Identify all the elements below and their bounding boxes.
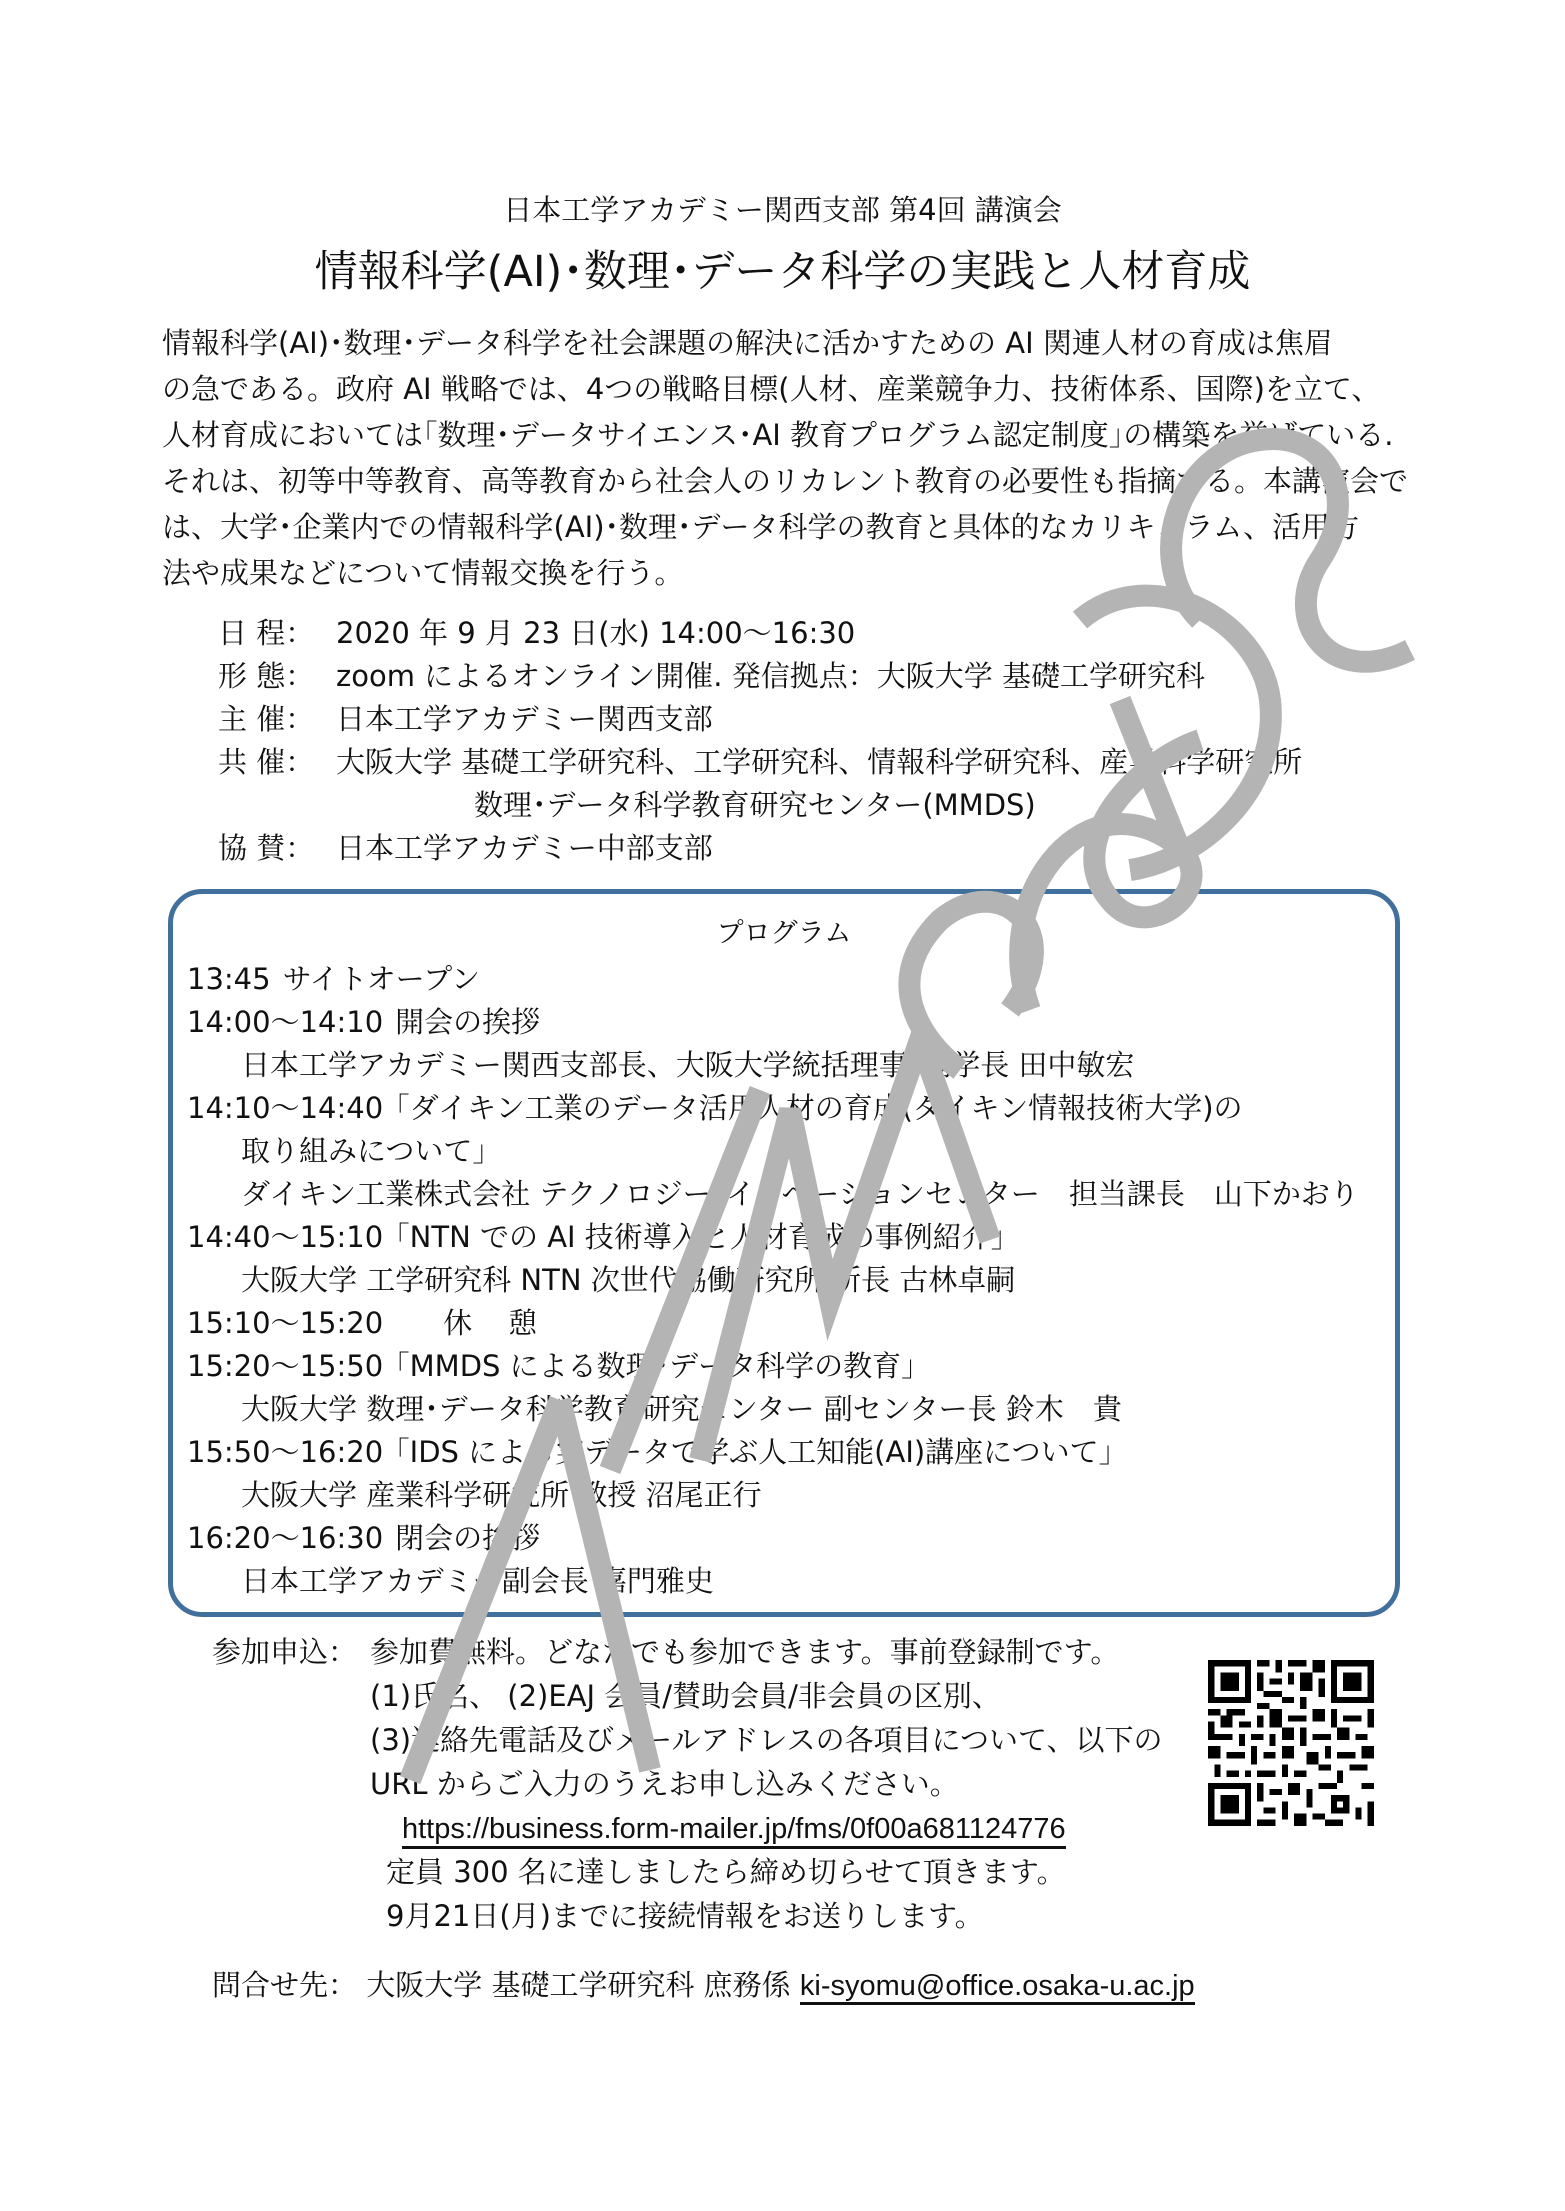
program-time: 15:10～15:20 [187,1306,383,1340]
intro-line: それは、初等中等教育、高等教育から社会人のリカレント教育の必要性も指摘する。本講… [162,458,1402,504]
detail-organizer: 主 催：日本工学アカデミー関西支部 [218,698,1302,741]
intro-line: は、大学･企業内での情報科学(AI)･数理･データ科学の教育と具体的なカリキュラ… [162,504,1402,550]
detail-label: 協 賛： [218,827,336,870]
program-text: ｢IDS による実データで学ぶ人工知能(AI)講座について｣ [395,1435,1113,1469]
registration-line: (3)連絡先電話及びメールアドレスの各項目について、以下の [212,1718,1162,1762]
program-text: サイトオープン [283,962,481,996]
program-speaker: ダイキン工業株式会社 テクノロジー･イノベーションセンター 担当課長 山下かおり [187,1173,1359,1216]
registration-label: 参加申込： [212,1630,370,1674]
event-title: 情報科学(AI)･数理･データ科学の実践と人材育成 [0,244,1565,300]
detail-format: 形 態：zoom によるオンライン開催. 発信拠点：大阪大学 基礎工学研究科 [218,655,1302,698]
program-speaker: 大阪大学 産業科学研究所 教授 沼尾正行 [187,1474,1359,1517]
intro-line: の急である。政府 AI 戦略では、4つの戦略目標(人材、産業競争力、技術体系、国… [162,366,1402,412]
registration-line: (1)氏名、 (2)EAJ 会員/賛助会員/非会員の区別、 [212,1674,1162,1718]
registration-line: 参加費無料。どなたでも参加できます。事前登録制です。 [370,1635,1119,1669]
program-text-continued: 取り組みについて｣ [187,1130,1359,1173]
intro-line: 法や成果などについて情報交換を行う。 [162,550,1402,596]
registration-url-link[interactable]: https://business.form-mailer.jp/fms/0f00… [402,1813,1066,1849]
program-speaker: 大阪大学 数理･データ科学教育研究センター 副センター長 鈴木 貴 [187,1388,1359,1431]
contact-label: 問合せ先： [212,1968,357,2002]
detail-co-organizer-continued: 数理･データ科学教育研究センター(MMDS) [218,784,1302,827]
capacity-note: 定員 300 名に達しましたら締め切らせて頂きます。 [212,1850,1162,1894]
registration-section: 参加申込：参加費無料。どなたでも参加できます。事前登録制です。 (1)氏名、 (… [212,1630,1162,1938]
intro-line: 人材育成においては｢数理･データサイエンス･AI 教育プログラム認定制度｣の構築… [162,412,1402,458]
detail-co-organizer: 共 催：大阪大学 基礎工学研究科、工学研究科、情報科学研究科、産業科学研究所 [218,741,1302,784]
detail-value: 日本工学アカデミー関西支部 [336,702,713,736]
detail-value: 大阪大学 基礎工学研究科、工学研究科、情報科学研究科、産業科学研究所 [336,745,1302,779]
contact-section: 問合せ先： 大阪大学 基礎工学研究科 庶務係 ki-syomu@office.o… [212,1963,1195,2008]
program-item: 14:00～14:10開会の挨拶 [187,1001,1359,1044]
program-item: 16:20～16:30閉会の挨拶 [187,1517,1359,1560]
detail-label: 主 催： [218,698,336,741]
program-list: 13:45サイトオープン 14:00～14:10開会の挨拶 日本工学アカデミー関… [187,958,1359,1603]
program-time: 14:10～14:40 [187,1091,383,1125]
detail-value: 2020 年 9 月 23 日(水) 14:00～16:30 [336,616,855,650]
connection-note: 9月21日(月)までに接続情報をお送りします。 [212,1894,1162,1938]
detail-value: 日本工学アカデミー中部支部 [336,831,713,865]
program-item: 13:45サイトオープン [187,958,1359,1001]
event-subtitle: 日本工学アカデミー関西支部 第4回 講演会 [0,190,1565,230]
program-item: 14:40～15:10｢NTN での AI 技術導入と人材育成の事例紹介｣ [187,1216,1359,1259]
program-item: 15:50～16:20｢IDS による実データで学ぶ人工知能(AI)講座について… [187,1431,1359,1474]
program-speaker: 大阪大学 工学研究科 NTN 次世代協働研究所 所長 古林卓嗣 [187,1259,1359,1302]
program-time: 13:45 [187,962,271,996]
program-text: ｢NTN での AI 技術導入と人材育成の事例紹介｣ [395,1220,1005,1254]
detail-label: 共 催： [218,741,336,784]
detail-value: zoom によるオンライン開催. 発信拠点：大阪大学 基礎工学研究科 [336,659,1205,693]
event-details: 日 程：2020 年 9 月 23 日(水) 14:00～16:30 形 態：z… [218,612,1302,870]
contact-org: 大阪大学 基礎工学研究科 庶務係 [366,1968,790,2002]
program-box: プログラム 13:45サイトオープン 14:00～14:10開会の挨拶 日本工学… [168,889,1400,1617]
program-speaker: 日本工学アカデミー副会長 嘉門雅史 [187,1560,1359,1603]
detail-sponsor: 協 賛：日本工学アカデミー中部支部 [218,827,1302,870]
program-item: 14:10～14:40｢ダイキン工業のデータ活用人材の育成(ダイキン情報技術大学… [187,1087,1359,1130]
program-text: 閉会の挨拶 [395,1521,540,1555]
program-text: 開会の挨拶 [395,1005,540,1039]
detail-schedule: 日 程：2020 年 9 月 23 日(水) 14:00～16:30 [218,612,1302,655]
contact-email-link[interactable]: ki-syomu@office.osaka-u.ac.jp [800,1970,1195,2005]
program-time: 14:40～15:10 [187,1220,383,1254]
program-text: ｢ダイキン工業のデータ活用人材の育成(ダイキン情報技術大学)の [395,1091,1242,1125]
program-item: 15:20～15:50｢MMDS による数理･データ科学の教育｣ [187,1345,1359,1388]
program-text: 休憩 [383,1302,573,1345]
detail-label: 日 程： [218,612,336,655]
intro-paragraph: 情報科学(AI)･数理･データ科学を社会課題の解決に活かすための AI 関連人材… [162,320,1402,596]
flyer-page: 日本工学アカデミー関西支部 第4回 講演会 情報科学(AI)･数理･データ科学の… [0,0,1565,2211]
qr-code-icon[interactable] [1202,1654,1380,1832]
program-item: 15:10～15:20休憩 [187,1302,1359,1345]
program-time: 15:20～15:50 [187,1349,383,1383]
registration-line: URL からご入力のうえお申し込みください。 [212,1762,1162,1806]
detail-label: 形 態： [218,655,336,698]
program-title: プログラム [173,916,1395,952]
program-speaker: 日本工学アカデミー関西支部長、大阪大学統括理事･副学長 田中敏宏 [187,1044,1359,1087]
program-time: 15:50～16:20 [187,1435,383,1469]
intro-line: 情報科学(AI)･数理･データ科学を社会課題の解決に活かすための AI 関連人材… [162,320,1402,366]
program-time: 14:00～14:10 [187,1005,383,1039]
program-text: ｢MMDS による数理･データ科学の教育｣ [395,1349,916,1383]
program-time: 16:20～16:30 [187,1521,383,1555]
